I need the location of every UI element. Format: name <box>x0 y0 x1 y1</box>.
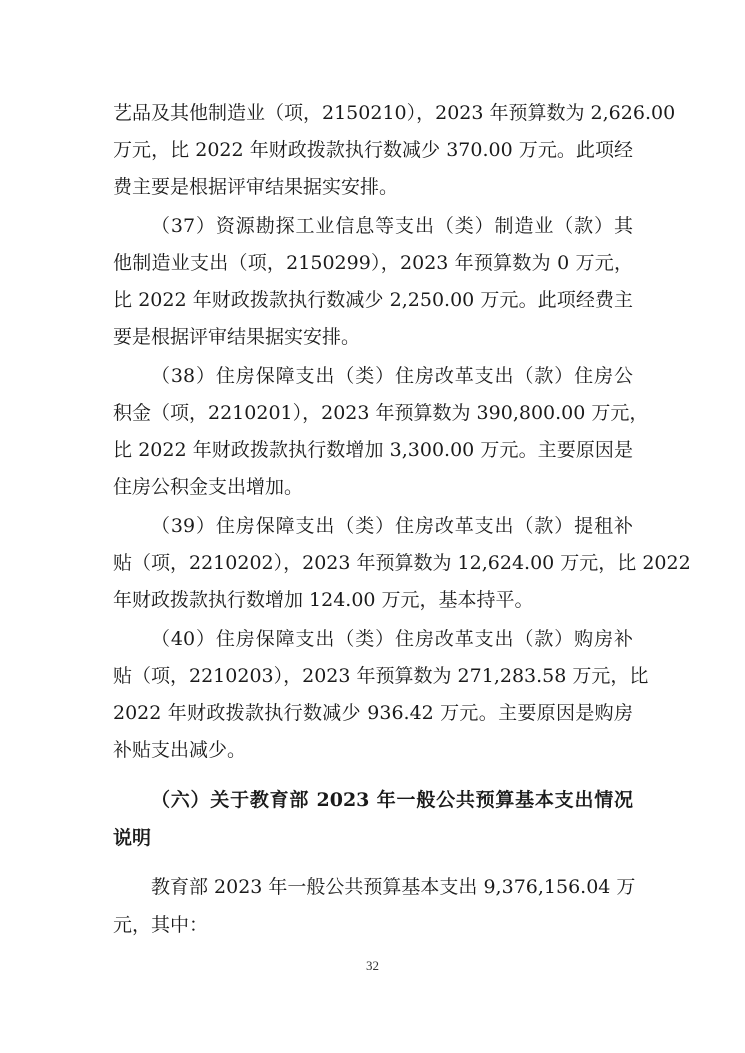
paragraph-line: 他制造业支出（项，2150299），2023 年预算数为 0 万元， <box>113 248 633 278</box>
paragraph-line: 比 2022 年财政拨款执行数增加 3,300.00 万元。主要原因是 <box>113 435 633 465</box>
paragraph-line: 年财政拨款执行数增加 124.00 万元，基本持平。 <box>113 585 633 615</box>
paragraph-line: 教育部 2023 年一般公共预算基本支出 9,376,156.04 万 <box>151 872 633 902</box>
paragraph-line: （39）住房保障支出（类）住房改革支出（款）提租补 <box>151 511 633 541</box>
paragraph-line: 比 2022 年财政拨款执行数减少 2,250.00 万元。此项经费主 <box>113 285 633 315</box>
paragraph-line: （38）住房保障支出（类）住房改革支出（款）住房公 <box>151 361 633 391</box>
paragraph-line: 元，其中： <box>113 910 633 940</box>
section-heading: （六）关于教育部 2023 年一般公共预算基本支出情况 <box>151 785 633 815</box>
section-heading: 说明 <box>113 823 633 853</box>
paragraph-line: 积金（项，2210201），2023 年预算数为 390,800.00 万元， <box>113 398 633 428</box>
page-number: 32 <box>0 958 745 974</box>
paragraph-line: 要是根据评审结果据实安排。 <box>113 322 633 352</box>
paragraph-line: 住房公积金支出增加。 <box>113 472 633 502</box>
paragraph-line: 万元，比 2022 年财政拨款执行数减少 370.00 万元。此项经 <box>113 135 633 165</box>
paragraph-line: 补贴支出减少。 <box>113 735 633 765</box>
paragraph-line: 2022 年财政拨款执行数减少 936.42 万元。主要原因是购房 <box>113 698 633 728</box>
paragraph-line: 费主要是根据评审结果据实安排。 <box>113 172 633 202</box>
paragraph-line: 贴（项，2210202），2023 年预算数为 12,624.00 万元，比 2… <box>113 548 633 578</box>
paragraph-line: （37）资源勘探工业信息等支出（类）制造业（款）其 <box>151 211 633 241</box>
paragraph-line: （40）住房保障支出（类）住房改革支出（款）购房补 <box>151 624 633 654</box>
document-page: 艺品及其他制造业（项，2150210），2023 年预算数为 2,626.00 … <box>0 0 745 1053</box>
paragraph-line: 艺品及其他制造业（项，2150210），2023 年预算数为 2,626.00 <box>113 98 633 128</box>
paragraph-line: 贴（项，2210203），2023 年预算数为 271,283.58 万元，比 <box>113 661 633 691</box>
